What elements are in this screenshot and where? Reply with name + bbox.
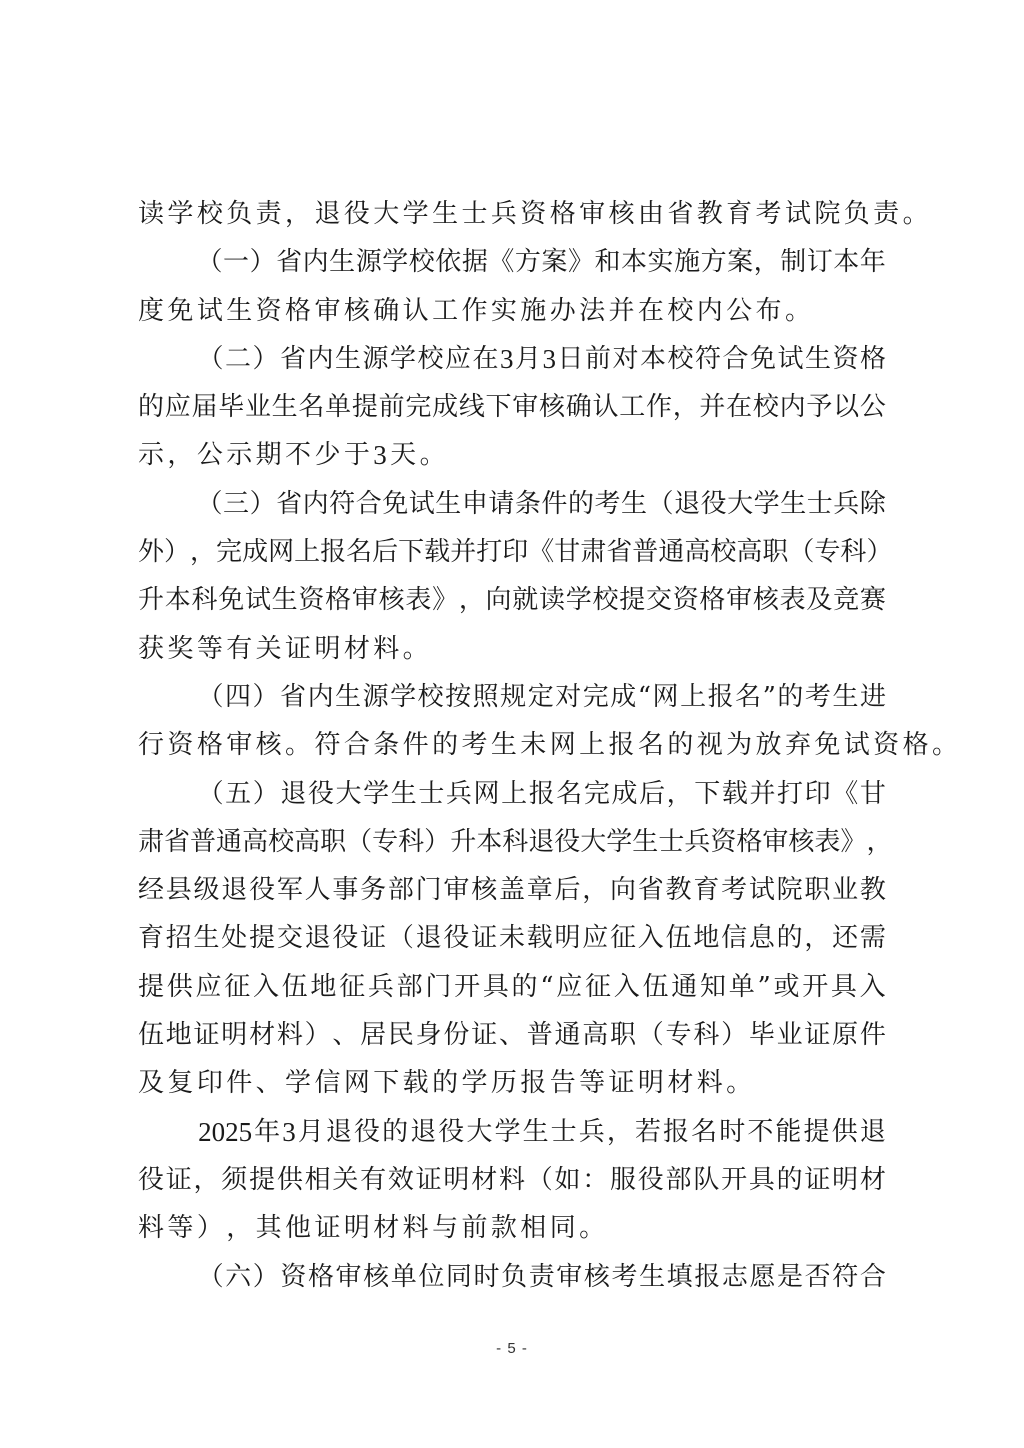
text-line: （五）退役大学生士兵网上报名完成后，下载并打印《甘: [138, 770, 886, 818]
text-line: 提供应征入伍地征兵部门开具的“应征入伍通知单”或开具入: [138, 963, 886, 1011]
indent-spacer: [138, 238, 196, 286]
text-line: （二）省内生源学校应在3月3日前对本校符合免试生资格: [138, 335, 886, 383]
text-line: （六）资格审核单位同时负责审核考生填报志愿是否符合: [138, 1253, 886, 1301]
text-line: 升本科免试生资格审核表》，向就读学校提交资格审核表及竞赛: [138, 576, 886, 624]
text-line: 料等），其他证明材料与前款相同。: [138, 1204, 886, 1252]
indent-spacer: [138, 480, 196, 528]
text-line: 育招生处提交退役证（退役证未载明应征入伍地信息的，还需: [138, 914, 886, 962]
text-line: 度免试生资格审核确认工作实施办法并在校内公布。: [138, 287, 886, 335]
page-number: - 5 -: [0, 1340, 1024, 1357]
text-line: 伍地证明材料）、居民身份证、普通高职（专科）毕业证原件: [138, 1011, 886, 1059]
text-line: （四）省内生源学校按照规定对完成“网上报名”的考生进: [138, 673, 886, 721]
indent-spacer: [138, 1108, 196, 1156]
indent-spacer: [138, 1253, 196, 1301]
indent-spacer: [138, 673, 196, 721]
text-line: 获奖等有关证明材料。: [138, 625, 886, 673]
text-line: （三）省内符合免试生申请条件的考生（退役大学生士兵除: [138, 480, 886, 528]
text-line: 役证，须提供相关有效证明材料（如：服役部队开具的证明材: [138, 1156, 886, 1204]
text-line: 及复印件、学信网下载的学历报告等证明材料。: [138, 1059, 886, 1107]
indent-spacer: [138, 770, 196, 818]
text-line: 读学校负责，退役大学生士兵资格审核由省教育考试院负责。: [138, 190, 886, 238]
text-line: 肃省普通高校高职（专科）升本科退役大学生士兵资格审核表》，: [138, 818, 886, 866]
text-line: 示，公示期不少于3天。: [138, 431, 886, 479]
text-line: （一）省内生源学校依据《方案》和本实施方案，制订本年: [138, 238, 886, 286]
document-page: 读学校负责，退役大学生士兵资格审核由省教育考试院负责。（一）省内生源学校依据《方…: [0, 0, 1024, 1448]
text-line: 2025年3月退役的退役大学生士兵，若报名时不能提供退: [138, 1108, 886, 1156]
text-line: 行资格审核。符合条件的考生未网上报名的视为放弃免试资格。: [138, 721, 886, 769]
text-line: 经县级退役军人事务部门审核盖章后，向省教育考试院职业教: [138, 866, 886, 914]
text-line: 外），完成网上报名后下载并打印《甘肃省普通高校高职（专科）: [138, 528, 886, 576]
document-body: 读学校负责，退役大学生士兵资格审核由省教育考试院负责。（一）省内生源学校依据《方…: [138, 190, 886, 1301]
text-line: 的应届毕业生名单提前完成线下审核确认工作，并在校内予以公: [138, 383, 886, 431]
indent-spacer: [138, 335, 196, 383]
